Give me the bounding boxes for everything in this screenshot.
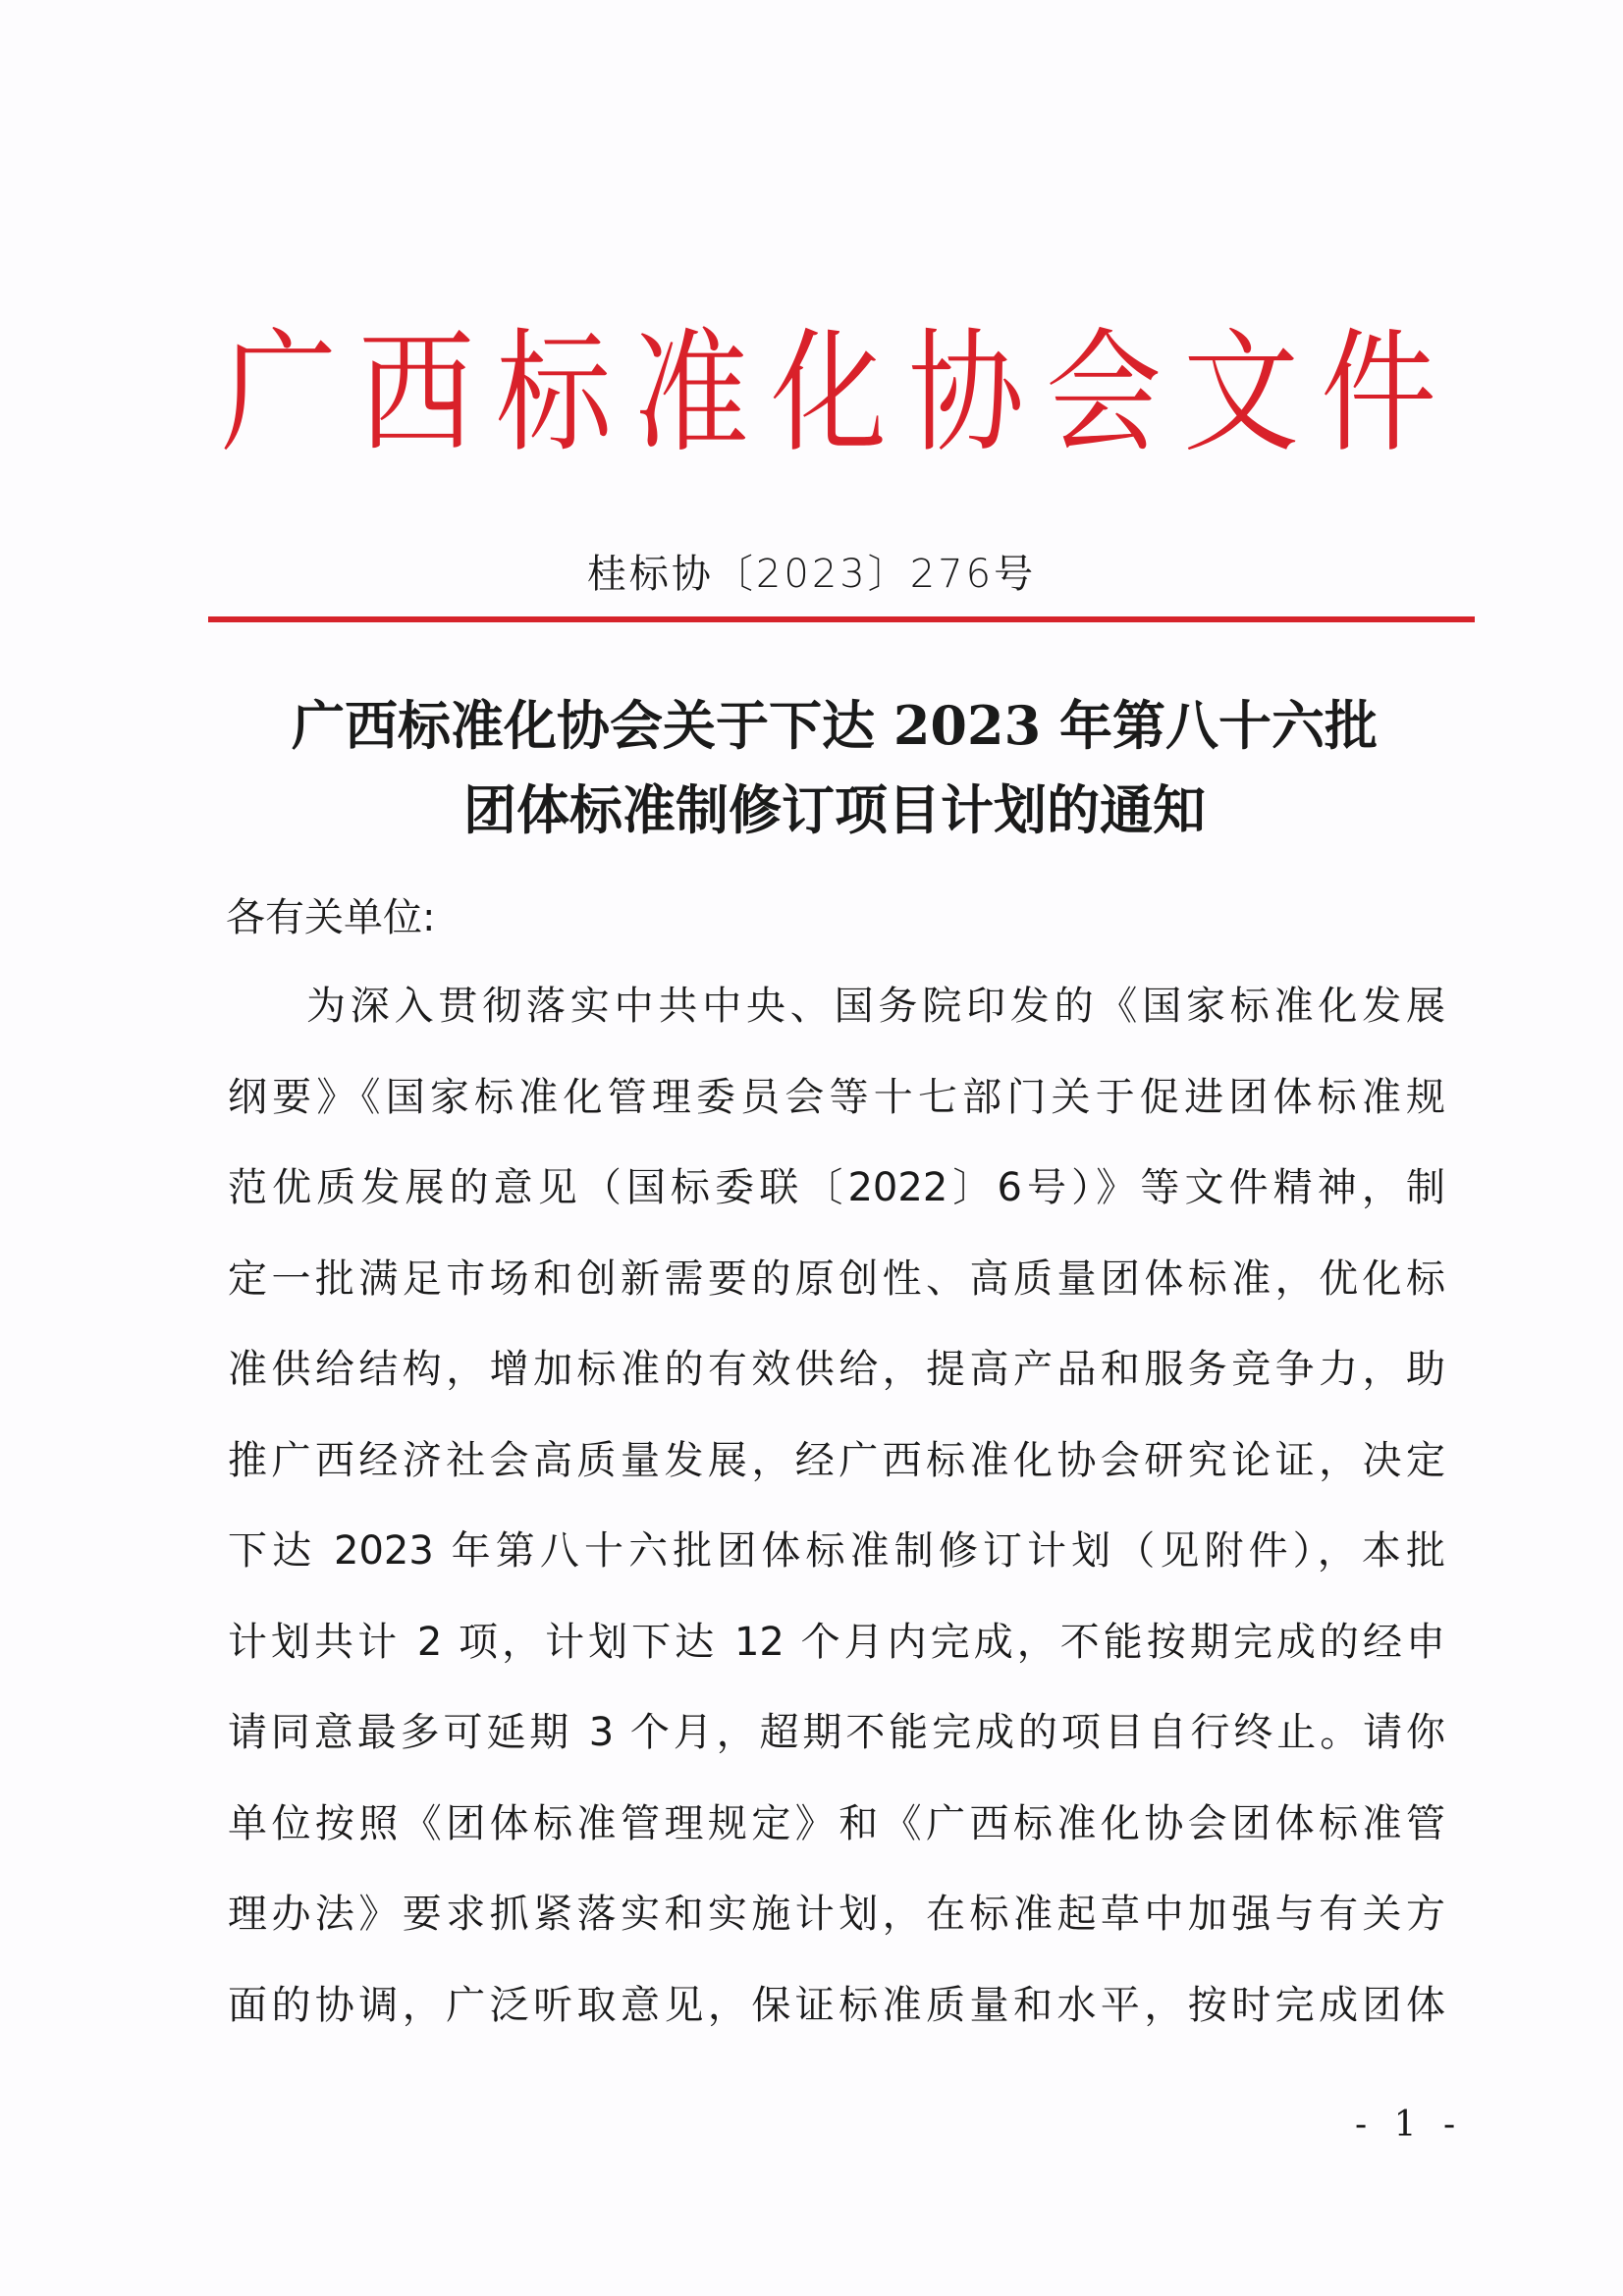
body-line: 理办法》要求抓紧落实和实施计划，在标准起草中加强与有关方: [228, 1885, 1445, 1976]
body-line: 请同意最多可延期 3 个月，超期不能完成的项目自行终止。请你: [228, 1703, 1445, 1794]
body-line: 范优质发展的意见（国标委联〔2022〕6号）》等文件精神，制: [228, 1158, 1445, 1250]
red-divider-line: [208, 616, 1475, 622]
body-line: 纲要》《国家标准化管理委员会等十七部门关于促进团体标准规: [228, 1068, 1445, 1159]
notice-title-line-2: 团体标准制修订项目计划的通知: [196, 768, 1473, 852]
page-number: - 1 -: [1355, 2101, 1463, 2150]
salutation: 各有关单位:: [226, 888, 435, 947]
body-line: 准供给结构，增加标准的有效供给，提高产品和服务竞争力，助: [228, 1340, 1445, 1431]
body-paragraph: 为深入贯彻落实中共中央、国务院印发的《国家标准化发展 纲要》《国家标准化管理委员…: [228, 977, 1445, 2066]
body-line: 下达 2023 年第八十六批团体标准制修订计划（见附件），本批: [228, 1522, 1445, 1613]
body-line: 面的协调，广泛听取意见，保证标准质量和水平，按时完成团体: [228, 1976, 1445, 2067]
body-line: 推广西经济社会高质量发展，经广西标准化协会研究论证，决定: [228, 1431, 1445, 1522]
body-line: 为深入贯彻落实中共中央、国务院印发的《国家标准化发展: [228, 977, 1445, 1068]
body-line: 计划共计 2 项，计划下达 12 个月内完成，不能按期完成的经申: [228, 1613, 1445, 1704]
document-number: 桂标协〔2023〕276号: [0, 550, 1623, 599]
body-line: 定一批满足市场和创新需要的原创性、高质量团体标准，优化标: [228, 1250, 1445, 1341]
body-line: 单位按照《团体标准管理规定》和《广西标准化协会团体标准管: [228, 1794, 1445, 1886]
document-header-title: 广西标准化协会文件: [221, 325, 1429, 460]
notice-title: 广西标准化协会关于下达 2023 年第八十六批 团体标准制修订项目计划的通知: [196, 683, 1473, 852]
notice-title-line-1: 广西标准化协会关于下达 2023 年第八十六批: [196, 683, 1473, 768]
